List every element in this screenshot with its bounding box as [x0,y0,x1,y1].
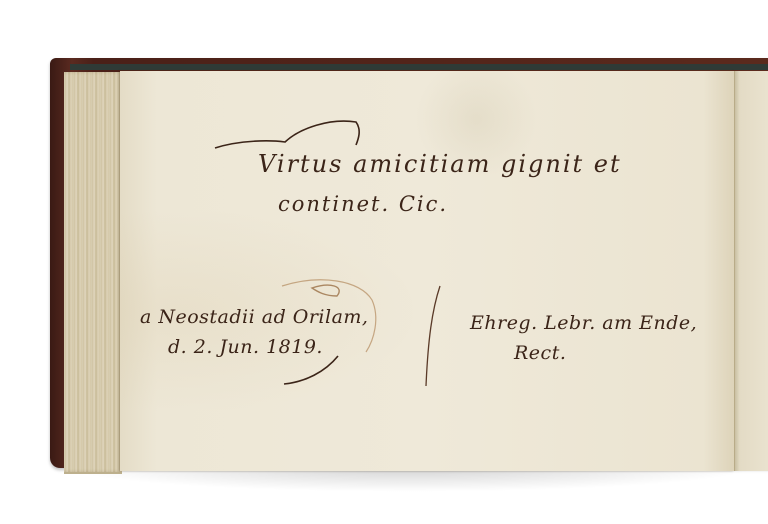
place-line: a Neostadii ad Orilam, [140,306,368,328]
signature-name: Ehreg. Lebr. am Ende, [470,312,697,334]
album-page [120,71,734,471]
page-edges [64,72,122,474]
signature-role: Rect. [514,342,566,364]
cover-lining [70,64,768,70]
motto-line-2: continet. Cic. [278,192,448,216]
motto-line-1: Virtus amicitiam gignit et [258,150,622,178]
date-line: d. 2. Jun. 1819. [168,336,323,358]
facing-page-edge [734,71,768,471]
